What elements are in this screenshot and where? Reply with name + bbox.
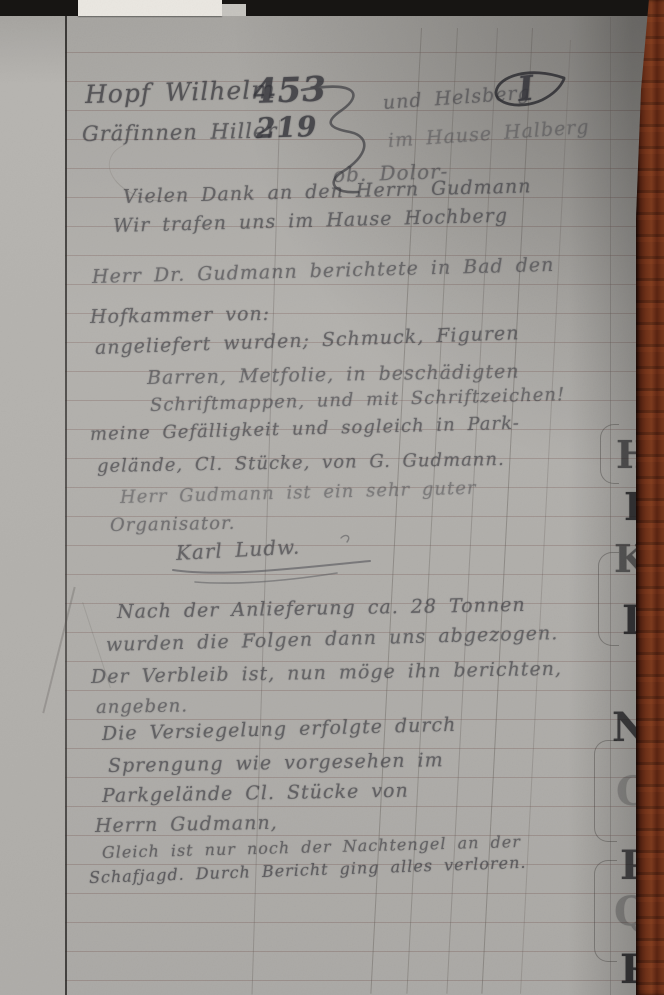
- page-fold-line: [65, 16, 67, 995]
- archival-tab-corner: [222, 4, 246, 16]
- page-edge-line: [610, 17, 611, 995]
- signature-flourish: [165, 552, 380, 592]
- left-page-margin: [0, 16, 65, 995]
- photo-of-ledger-page: Hopf Wilhelm 453 Gräfinnen Hiller 219 un…: [0, 0, 664, 995]
- body-line: Herrn Gudmann,: [95, 812, 278, 837]
- body-line: Organisator.: [110, 513, 236, 536]
- body-line: angeben.: [96, 695, 188, 718]
- archival-tab: [78, 0, 222, 16]
- wooden-desk-edge: [636, 0, 664, 995]
- entry1-name: Hopf Wilhelm: [85, 75, 277, 109]
- entry2-name: Gräfinnen Hiller: [82, 119, 278, 146]
- body-line: Hofkammer von:: [90, 303, 270, 328]
- index-tab-outline: [594, 740, 617, 842]
